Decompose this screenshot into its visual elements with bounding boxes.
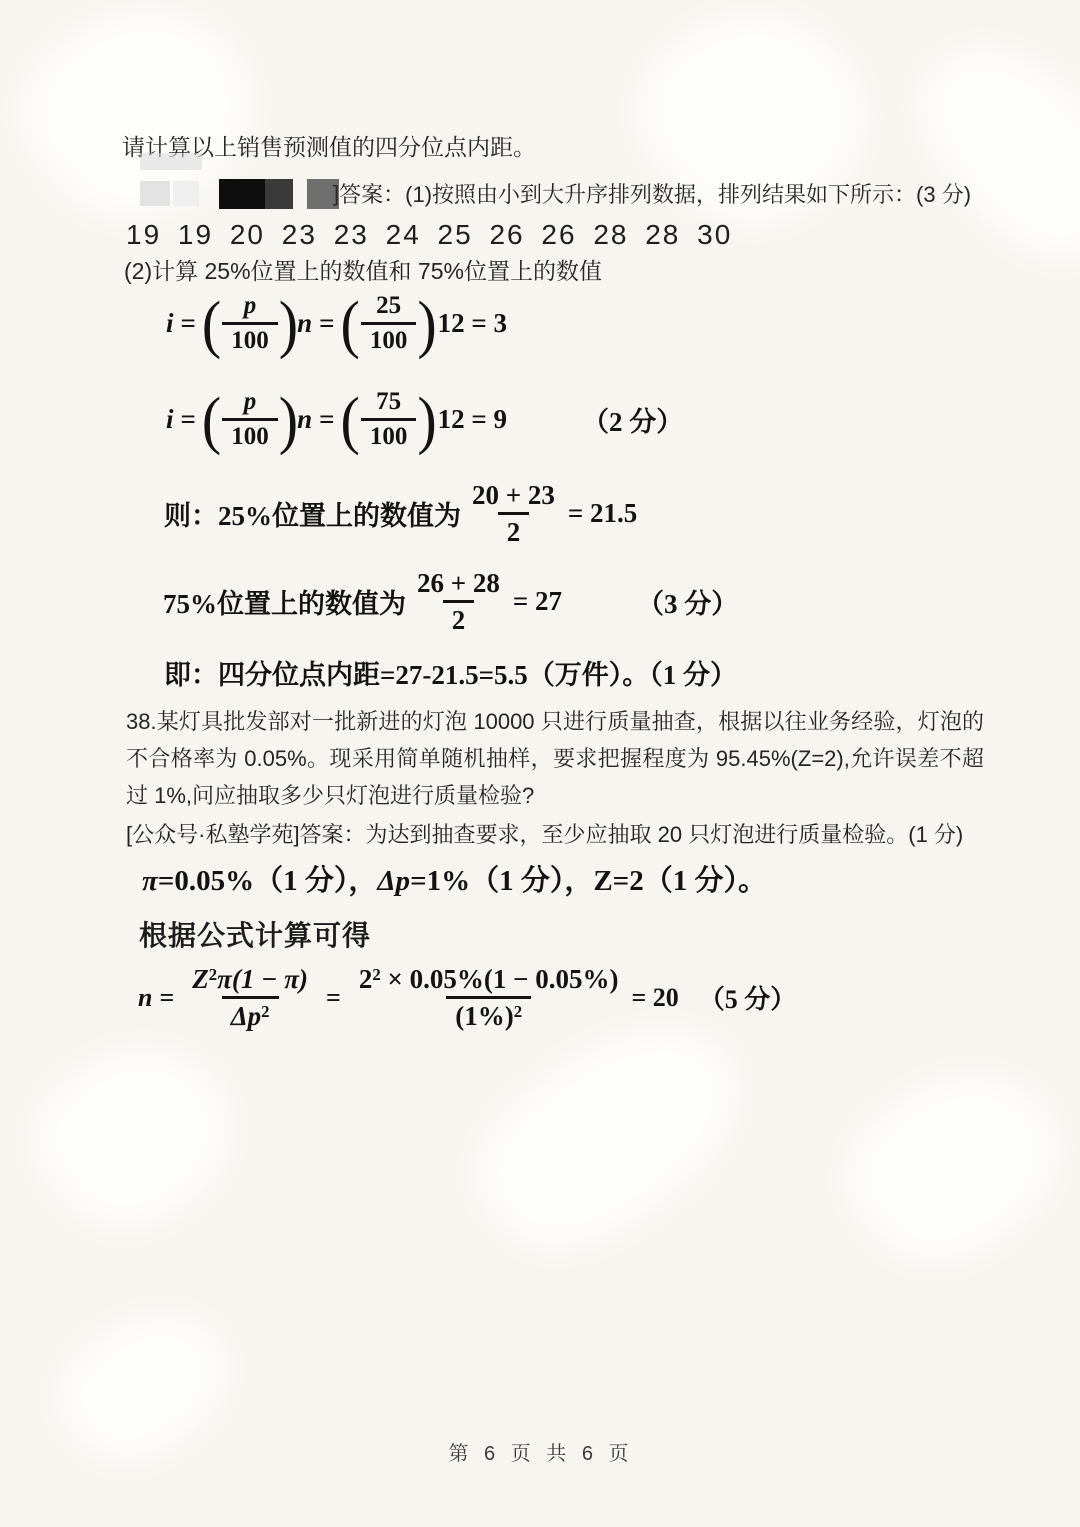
- equals: =: [319, 404, 334, 435]
- superscript-2: 2: [514, 1002, 522, 1021]
- right-paren: ): [417, 387, 436, 452]
- denominator: 2: [498, 512, 530, 549]
- denominator: 100: [222, 418, 278, 453]
- numerator: p: [235, 386, 266, 418]
- left-paren: (: [340, 291, 359, 356]
- denominator: 100: [222, 322, 278, 357]
- result: = 20: [631, 983, 678, 1013]
- score-mark: （2 分）: [582, 400, 683, 439]
- formula-position-25: i = ( p 100 ) n = ( 25 100 ) 12 = 3: [166, 290, 507, 357]
- equals: =: [181, 404, 196, 435]
- result: = 27: [513, 586, 562, 617]
- answer1-line: ] 答案： (1)按照由小到大升序排列数据，排列结果如下所示： (3 分): [140, 178, 971, 209]
- numerator: 26 + 28: [408, 566, 509, 600]
- numerator: 75: [367, 386, 410, 418]
- dp-z-values: =1%（1 分），Z=2（1 分）。: [410, 858, 767, 899]
- var-i: i: [166, 404, 174, 435]
- one-percent: (1%): [455, 1001, 513, 1031]
- watermark: [820, 1033, 1080, 1296]
- right-paren: ): [279, 387, 298, 452]
- numerator: 25: [367, 290, 410, 322]
- answer1-score: (3 分): [916, 178, 971, 209]
- var-n: n: [138, 983, 152, 1013]
- left-paren: (: [202, 387, 221, 452]
- score-mark: （5 分）: [699, 979, 797, 1016]
- numerator: Z2π(1 − π): [183, 962, 317, 996]
- redaction-block-light: [140, 181, 170, 206]
- denominator: Δp2: [222, 996, 279, 1033]
- denominator: 2: [443, 600, 475, 637]
- value-at-25-line: 则：25%位置上的数值为 20 + 23 2 = 21.5: [164, 478, 637, 550]
- numerator: p: [235, 290, 266, 322]
- redaction-block-black: [219, 179, 265, 209]
- equals: =: [159, 983, 174, 1013]
- score-mark: （3 分）: [637, 582, 738, 621]
- fraction-20-23-over-2: 20 + 23 2: [463, 478, 564, 550]
- denominator: (1%)2: [446, 996, 531, 1033]
- pi-value: =0.05%（1 分），: [158, 858, 378, 899]
- answer1-body: (1)按照由小到大升序排列数据，排列结果如下所示：: [405, 178, 916, 209]
- fraction-symbolic: Z2π(1 − π) Δp2: [183, 962, 317, 1034]
- sorted-data-line: 19 19 20 23 23 24 25 26 26 28 28 30: [126, 219, 732, 251]
- parameters-line: π =0.05%（1 分）， Δp =1%（1 分），Z=2（1 分）。: [142, 858, 767, 899]
- fraction-p-100: p 100: [222, 386, 278, 453]
- formula-position-75: i = ( p 100 ) n = ( 75 100 ) 12 = 9 （2 分…: [166, 386, 683, 453]
- pixelated-patch: [140, 153, 202, 170]
- superscript-2: 2: [372, 965, 380, 984]
- prefix-text: 则：25%位置上的数值为: [164, 494, 461, 533]
- fraction-25-100: 25 100: [361, 290, 417, 357]
- var-pi: π: [142, 865, 158, 898]
- numeric-expression: × 0.05%(1 − 0.05%): [381, 964, 619, 994]
- base-2: 2: [359, 964, 373, 994]
- equals: =: [181, 308, 196, 339]
- value-at-75-line: 75%位置上的数值为 26 + 28 2 = 27 （3 分）: [163, 566, 738, 638]
- result: = 21.5: [568, 498, 637, 529]
- superscript-2: 2: [209, 965, 217, 984]
- result: 12 = 9: [438, 404, 507, 435]
- fraction-numeric: 22 × 0.05%(1 − 0.05%) (1%)2: [350, 962, 628, 1034]
- watermark: [892, 9, 1080, 290]
- superscript-2: 2: [261, 1002, 269, 1021]
- equals: =: [326, 983, 341, 1013]
- denominator: 100: [361, 322, 417, 357]
- fraction-75-100: 75 100: [361, 386, 417, 453]
- iqr-conclusion-line: 即：四分位点内距=27-21.5=5.5（万件）。（1 分）: [164, 653, 737, 692]
- redaction-block-light: [173, 181, 199, 206]
- result: 12 = 3: [438, 308, 507, 339]
- var-n: n: [297, 308, 312, 339]
- formula-intro-heading: 根据公式计算可得: [139, 914, 371, 954]
- prefix-text: 75%位置上的数值为: [163, 582, 406, 621]
- sample-size-formula: n = Z2π(1 − π) Δp2 = 22 × 0.05%(1 − 0.05…: [138, 962, 796, 1034]
- page-footer: 第 6 页 共 6 页: [0, 1437, 1080, 1466]
- answer-38-line: [公众号·私塾学苑]答案：为达到抽查要求，至少应抽取 20 只灯泡进行质量检验。…: [126, 818, 963, 849]
- answer1-label: 答案：: [339, 178, 405, 209]
- right-paren: ): [279, 291, 298, 356]
- redaction-block-dark: [265, 179, 293, 209]
- step2-heading: (2)计算 25%位置上的数值和 75%位置上的数值: [124, 253, 602, 286]
- denominator: 100: [361, 418, 417, 453]
- var-z: Z: [192, 964, 209, 994]
- numerator: 20 + 23: [463, 478, 564, 512]
- right-paren: ): [417, 291, 436, 356]
- scanned-exam-page: 请计算以上销售预测值的四分位点内距。 ] 答案： (1)按照由小到大升序排列数据…: [0, 0, 1080, 1527]
- question-38-text: 38.某灯具批发部对一批新进的灯泡 10000 只进行质量抽查，根据以往业务经验…: [126, 703, 984, 814]
- fraction-26-28-over-2: 26 + 28 2: [408, 566, 509, 638]
- watermark: [8, 1010, 262, 1261]
- var-i: i: [166, 308, 174, 339]
- left-paren: (: [340, 387, 359, 452]
- var-delta-p: Δp: [377, 865, 410, 898]
- numerator: 22 × 0.05%(1 − 0.05%): [350, 962, 628, 996]
- equals: =: [319, 308, 334, 339]
- var-delta-p: Δp: [231, 1001, 261, 1031]
- fraction-p-100: p 100: [222, 290, 278, 357]
- left-paren: (: [202, 291, 221, 356]
- var-n: n: [297, 404, 312, 435]
- pi-expression: π(1 − π): [217, 964, 308, 994]
